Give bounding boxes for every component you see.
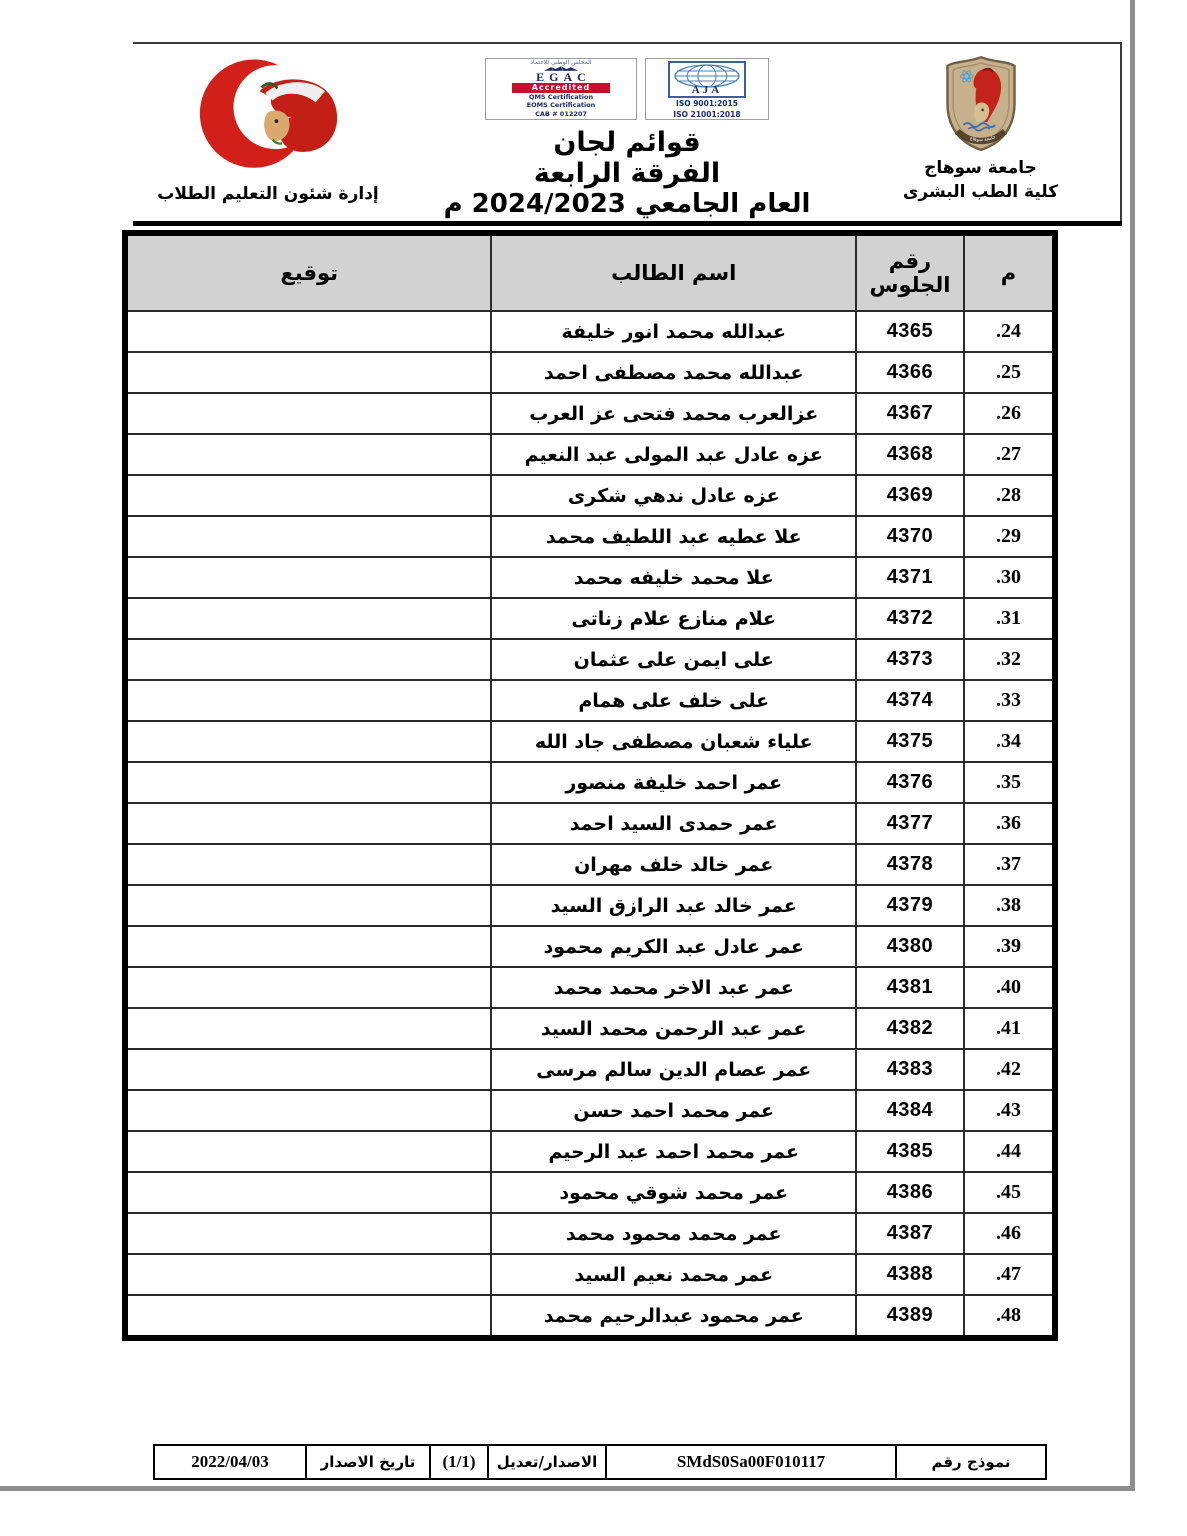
table-row: .304371علا محمد خليفه محمد	[125, 557, 1055, 598]
signature-cell	[125, 1254, 491, 1295]
table-row: .334374على خلف على همام	[125, 680, 1055, 721]
column-header-signature: توقيع	[125, 233, 491, 311]
signature-cell	[125, 1008, 491, 1049]
signature-cell	[125, 1213, 491, 1254]
row-index-cell: .47	[964, 1254, 1055, 1295]
student-name-cell: عمر محمود عبدالرحيم محمد	[491, 1295, 856, 1338]
table-row: .414382عمر عبد الرحمن محمد السيد	[125, 1008, 1055, 1049]
seat-number-cell: 4386	[856, 1172, 964, 1213]
faculty-name: كلية الطب البشرى	[878, 181, 1083, 205]
signature-cell	[125, 926, 491, 967]
students-committee-table: م رقم الجلوس اسم الطالب توقيع .244365عبد…	[122, 230, 1058, 1341]
seat-number-cell: 4368	[856, 434, 964, 475]
seat-number-cell: 4387	[856, 1213, 964, 1254]
academic-year-line: العام الجامعي 2024/2023 م	[427, 189, 827, 220]
aja-iso-line: ISO 21001:2018	[673, 110, 740, 120]
row-index-cell: .48	[964, 1295, 1055, 1338]
aja-globe-frame: AJA	[668, 61, 746, 98]
seat-number-cell: 4376	[856, 762, 964, 803]
seat-number-cell: 4385	[856, 1131, 964, 1172]
signature-cell	[125, 311, 491, 352]
signature-cell	[125, 680, 491, 721]
signature-cell	[125, 1049, 491, 1090]
student-name-cell: عمر محمد شوقي محمود	[491, 1172, 856, 1213]
certification-logos: المجلس الوطني للاعتماد EGAC Accredited Q…	[427, 58, 827, 120]
page-edge-bottom	[0, 1486, 1135, 1491]
table-row: .244365عبدالله محمد انور خليفة	[125, 311, 1055, 352]
student-name-cell: على ايمن على عثمان	[491, 639, 856, 680]
form-footer-strip: نموذج رقم SMdS0Sa00F010117 الاصدار/تعديل…	[153, 1444, 1047, 1480]
row-index-cell: .46	[964, 1213, 1055, 1254]
seat-number-cell: 4370	[856, 516, 964, 557]
row-index-cell: .28	[964, 475, 1055, 516]
seat-number-cell: 4372	[856, 598, 964, 639]
signature-cell	[125, 967, 491, 1008]
seat-number-cell: 4379	[856, 885, 964, 926]
signature-cell	[125, 1295, 491, 1338]
row-index-cell: .37	[964, 844, 1055, 885]
table-row: .454386عمر محمد شوقي محمود	[125, 1172, 1055, 1213]
student-name-cell: عمر حمدى السيد احمد	[491, 803, 856, 844]
student-name-cell: عزالعرب محمد فتحى عز العرب	[491, 393, 856, 434]
row-index-cell: .31	[964, 598, 1055, 639]
university-logo-block: جامعة سوهاج جامعة سوهاج كلية الطب البشرى	[878, 54, 1083, 205]
student-name-cell: عمر عبد الاخر محمد محمد	[491, 967, 856, 1008]
university-name: جامعة سوهاج	[878, 157, 1083, 181]
column-header-index: م	[964, 233, 1055, 311]
row-index-cell: .30	[964, 557, 1055, 598]
seat-number-cell: 4388	[856, 1254, 964, 1295]
student-name-cell: علا عطيه عبد اللطيف محمد	[491, 516, 856, 557]
student-name-cell: عمر محمد احمد عبد الرحيم	[491, 1131, 856, 1172]
issue-revision-value: (1/1)	[430, 1445, 488, 1479]
egac-accredited-badge: Accredited	[512, 83, 610, 93]
table-row: .264367عزالعرب محمد فتحى عز العرب	[125, 393, 1055, 434]
table-header-row: م رقم الجلوس اسم الطالب توقيع	[125, 233, 1055, 311]
student-name-cell: عبدالله محمد مصطفى احمد	[491, 352, 856, 393]
student-name-cell: عمر محمد محمود محمد	[491, 1213, 856, 1254]
row-index-cell: .27	[964, 434, 1055, 475]
table-row: .344375علياء شعبان مصطفى جاد الله	[125, 721, 1055, 762]
signature-cell	[125, 1090, 491, 1131]
row-index-cell: .29	[964, 516, 1055, 557]
student-name-cell: عبدالله محمد انور خليفة	[491, 311, 856, 352]
row-index-cell: .25	[964, 352, 1055, 393]
document-subtitle-year-group: الفرقة الرابعة	[427, 158, 827, 189]
signature-cell	[125, 352, 491, 393]
egac-name: EGAC	[531, 71, 591, 83]
column-header-student-name: اسم الطالب	[491, 233, 856, 311]
seat-number-cell: 4375	[856, 721, 964, 762]
table-row: .354376عمر احمد خليفة منصور	[125, 762, 1055, 803]
table-row: .404381عمر عبد الاخر محمد محمد	[125, 967, 1055, 1008]
document-page: جامعة سوهاج كلية الطب إدارة شئون التعليم…	[0, 0, 1187, 1536]
seat-number-cell: 4365	[856, 311, 964, 352]
student-name-cell: عزه عادل ندهي شكرى	[491, 475, 856, 516]
table-row: .474388عمر محمد نعيم السيد	[125, 1254, 1055, 1295]
seat-number-cell: 4378	[856, 844, 964, 885]
seat-number-cell: 4371	[856, 557, 964, 598]
row-index-cell: .33	[964, 680, 1055, 721]
seat-number-cell: 4381	[856, 967, 964, 1008]
signature-cell	[125, 475, 491, 516]
signature-cell	[125, 434, 491, 475]
row-index-cell: .34	[964, 721, 1055, 762]
signature-cell	[125, 598, 491, 639]
header-center-block: المجلس الوطني للاعتماد EGAC Accredited Q…	[427, 58, 827, 220]
student-name-cell: عمر محمد نعيم السيد	[491, 1254, 856, 1295]
form-number-label: نموذج رقم	[896, 1445, 1046, 1479]
aja-iso-line: ISO 9001:2015	[676, 99, 738, 109]
student-name-cell: عمر خالد خلف مهران	[491, 844, 856, 885]
table-row: .384379عمر خالد عبد الرازق السيد	[125, 885, 1055, 926]
seat-number-cell: 4383	[856, 1049, 964, 1090]
seat-number-cell: 4382	[856, 1008, 964, 1049]
row-index-cell: .40	[964, 967, 1055, 1008]
table-row: .464387عمر محمد محمود محمد	[125, 1213, 1055, 1254]
row-index-cell: .44	[964, 1131, 1055, 1172]
row-index-cell: .45	[964, 1172, 1055, 1213]
table-row: .484389عمر محمود عبدالرحيم محمد	[125, 1295, 1055, 1338]
seat-number-cell: 4369	[856, 475, 964, 516]
seat-number-cell: 4367	[856, 393, 964, 434]
signature-cell	[125, 803, 491, 844]
row-index-cell: .38	[964, 885, 1055, 926]
page-edge-right	[1130, 0, 1135, 1491]
issue-revision-label: الاصدار/تعديل	[488, 1445, 606, 1479]
signature-cell	[125, 557, 491, 598]
student-name-cell: عمر عبد الرحمن محمد السيد	[491, 1008, 856, 1049]
student-name-cell: عمر عصام الدين سالم مرسى	[491, 1049, 856, 1090]
row-index-cell: .41	[964, 1008, 1055, 1049]
table-row: .424383عمر عصام الدين سالم مرسى	[125, 1049, 1055, 1090]
signature-cell	[125, 885, 491, 926]
student-name-cell: عمر محمد احمد حسن	[491, 1090, 856, 1131]
student-name-cell: عمر عادل عبد الكريم محمود	[491, 926, 856, 967]
seat-number-cell: 4389	[856, 1295, 964, 1338]
aja-logo: AJA ISO 9001:2015 ISO 21001:2018	[645, 58, 769, 120]
table-row: .274368عزه عادل عبد المولى عبد النعيم	[125, 434, 1055, 475]
student-name-cell: عمر خالد عبد الرازق السيد	[491, 885, 856, 926]
row-index-cell: .39	[964, 926, 1055, 967]
signature-cell	[125, 393, 491, 434]
student-name-cell: عمر احمد خليفة منصور	[491, 762, 856, 803]
table-body: .244365عبدالله محمد انور خليفة.254366عبد…	[125, 311, 1055, 1338]
student-name-cell: علا محمد خليفه محمد	[491, 557, 856, 598]
university-shield-icon: جامعة سوهاج	[941, 54, 1021, 153]
row-index-cell: .26	[964, 393, 1055, 434]
row-index-cell: .43	[964, 1090, 1055, 1131]
column-header-seat-number: رقم الجلوس	[856, 233, 964, 311]
table-row: .254366عبدالله محمد مصطفى احمد	[125, 352, 1055, 393]
department-label: إدارة شئون التعليم الطلاب	[146, 184, 390, 204]
table-row: .294370علا عطيه عبد اللطيف محمد	[125, 516, 1055, 557]
aja-name: AJA	[692, 85, 722, 96]
student-name-cell: عزه عادل عبد المولى عبد النعيم	[491, 434, 856, 475]
signature-cell	[125, 844, 491, 885]
issue-date-label: تاريخ الاصدار	[306, 1445, 430, 1479]
student-name-cell: علياء شعبان مصطفى جاد الله	[491, 721, 856, 762]
table-row: .284369عزه عادل ندهي شكرى	[125, 475, 1055, 516]
table-row: .434384عمر محمد احمد حسن	[125, 1090, 1055, 1131]
table-row: .314372علام منازع علام زناتى	[125, 598, 1055, 639]
row-index-cell: .36	[964, 803, 1055, 844]
signature-cell	[125, 721, 491, 762]
table-row: .324373على ايمن على عثمان	[125, 639, 1055, 680]
row-index-cell: .32	[964, 639, 1055, 680]
row-index-cell: .42	[964, 1049, 1055, 1090]
signature-cell	[125, 639, 491, 680]
faculty-crescent-logo-icon: جامعة سوهاج كلية الطب	[179, 52, 357, 178]
student-name-cell: علام منازع علام زناتى	[491, 598, 856, 639]
signature-cell	[125, 1172, 491, 1213]
table-row: .394380عمر عادل عبد الكريم محمود	[125, 926, 1055, 967]
table-row: .374378عمر خالد خلف مهران	[125, 844, 1055, 885]
issue-date-value: 2022/04/03	[154, 1445, 306, 1479]
table-row: .444385عمر محمد احمد عبد الرحيم	[125, 1131, 1055, 1172]
signature-cell	[125, 1131, 491, 1172]
egac-cert-line: CAB # 012207	[535, 110, 587, 118]
egac-cert-line: QMS Certification	[529, 93, 593, 101]
seat-number-cell: 4373	[856, 639, 964, 680]
form-number-value: SMdS0Sa00F010117	[606, 1445, 896, 1479]
document-title: قوائم لجان	[427, 127, 827, 158]
seat-number-cell: 4377	[856, 803, 964, 844]
faculty-logo-block: جامعة سوهاج كلية الطب إدارة شئون التعليم…	[146, 52, 390, 204]
seat-number-cell: 4384	[856, 1090, 964, 1131]
egac-logo: المجلس الوطني للاعتماد EGAC Accredited Q…	[485, 58, 637, 120]
seat-number-cell: 4380	[856, 926, 964, 967]
header-divider-line	[133, 221, 1122, 226]
egac-cert-line: EOMS Certification	[527, 101, 596, 109]
row-index-cell: .35	[964, 762, 1055, 803]
student-name-cell: على خلف على همام	[491, 680, 856, 721]
row-index-cell: .24	[964, 311, 1055, 352]
signature-cell	[125, 762, 491, 803]
table-row: .364377عمر حمدى السيد احمد	[125, 803, 1055, 844]
seat-number-cell: 4366	[856, 352, 964, 393]
signature-cell	[125, 516, 491, 557]
seat-number-cell: 4374	[856, 680, 964, 721]
